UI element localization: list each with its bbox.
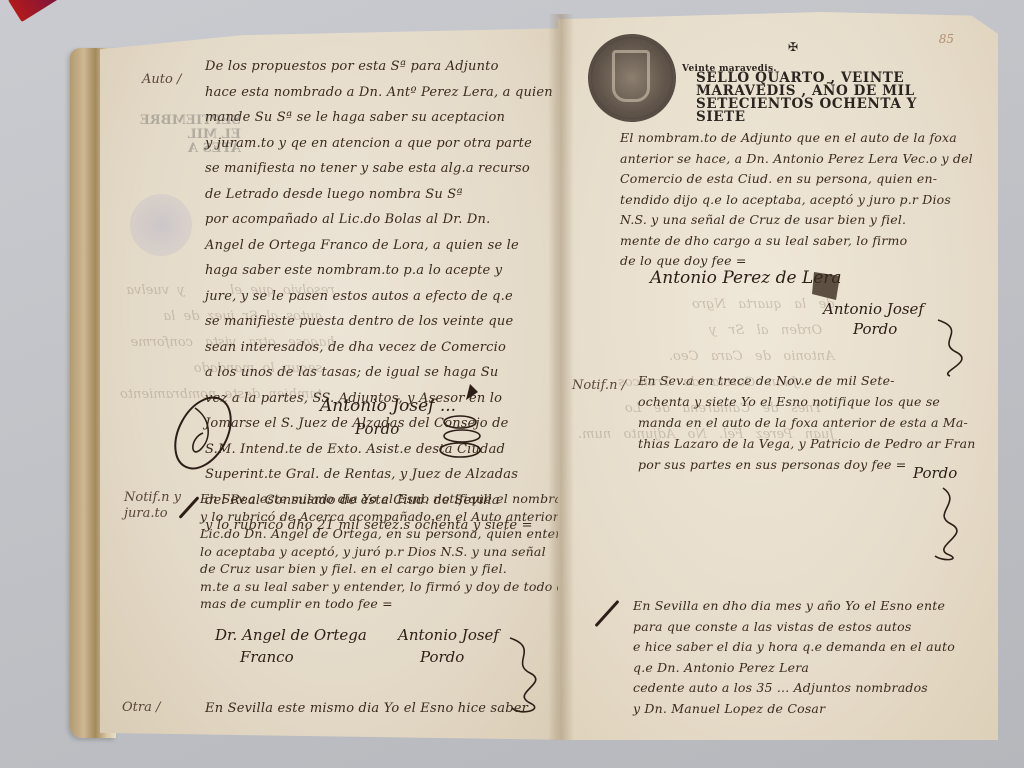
rubric-flourish-icon: [165, 378, 245, 478]
margin-note-notificacion: Notif.n y jura.to: [124, 490, 181, 522]
margin-slash-mark-right: [595, 600, 620, 627]
right-paragraph-3: En Sevilla en dho dia mes y año Yo el Es…: [633, 596, 955, 719]
left-paragraph-2: En Sev.a este mismo dia Yo el Esno notif…: [200, 490, 575, 613]
signature-franco: Franco: [240, 648, 294, 666]
signature-flourish-icon: [430, 378, 500, 478]
left-paragraph-1: De los propuestos por esta Sª para Adjun…: [205, 54, 553, 539]
royal-seal-stamp-icon: [588, 34, 676, 122]
sello-quarto-stamp-text: SELLO QUARTO , VEINTE MARAVEDIS , AÑO DE…: [696, 72, 917, 124]
signature-antonio-josef-right: Antonio Josef: [823, 300, 924, 318]
cross-ornament-icon: ✠: [788, 40, 798, 54]
faded-violet-stamp: [130, 194, 192, 256]
signature-pordo-right: Pordo: [853, 320, 897, 338]
margin-note-otra: Otra /: [122, 700, 160, 715]
signature-flourish-icon-4: [923, 482, 973, 562]
book-gutter: [548, 14, 574, 740]
right-page: 85 ✠ Veinte maravedis. SELLO QUARTO , VE…: [558, 12, 998, 740]
right-paragraph-2: En Sev.a en trece de Nov.e de mil Sete- …: [638, 370, 976, 475]
margin-note-auto: Auto /: [142, 72, 181, 87]
open-manuscript: SEPTIEMBRE EL MIL ATES A resolvio que el…: [0, 0, 1024, 768]
signature-angel-ortega: Dr. Angel de Ortega: [215, 626, 367, 644]
signature-antonio-josef-2: Antonio Josef: [398, 626, 499, 644]
margin-note-notificacion-right: Notif.n /: [572, 378, 626, 393]
signature-pordo-2: Pordo: [420, 648, 464, 666]
left-paragraph-3: En Sevilla este mismo dia Yo el Esno hic…: [205, 696, 528, 722]
folio-number: 85: [939, 32, 954, 46]
left-page: SEPTIEMBRE EL MIL ATES A resolvio que el…: [100, 28, 575, 740]
signature-pordo-right-2: Pordo: [913, 464, 957, 482]
signature-pordo: Pordo: [355, 420, 399, 438]
right-paragraph-1: El nombram.to de Adjunto que en el auto …: [620, 128, 973, 272]
margin-slash-mark: [179, 496, 200, 519]
